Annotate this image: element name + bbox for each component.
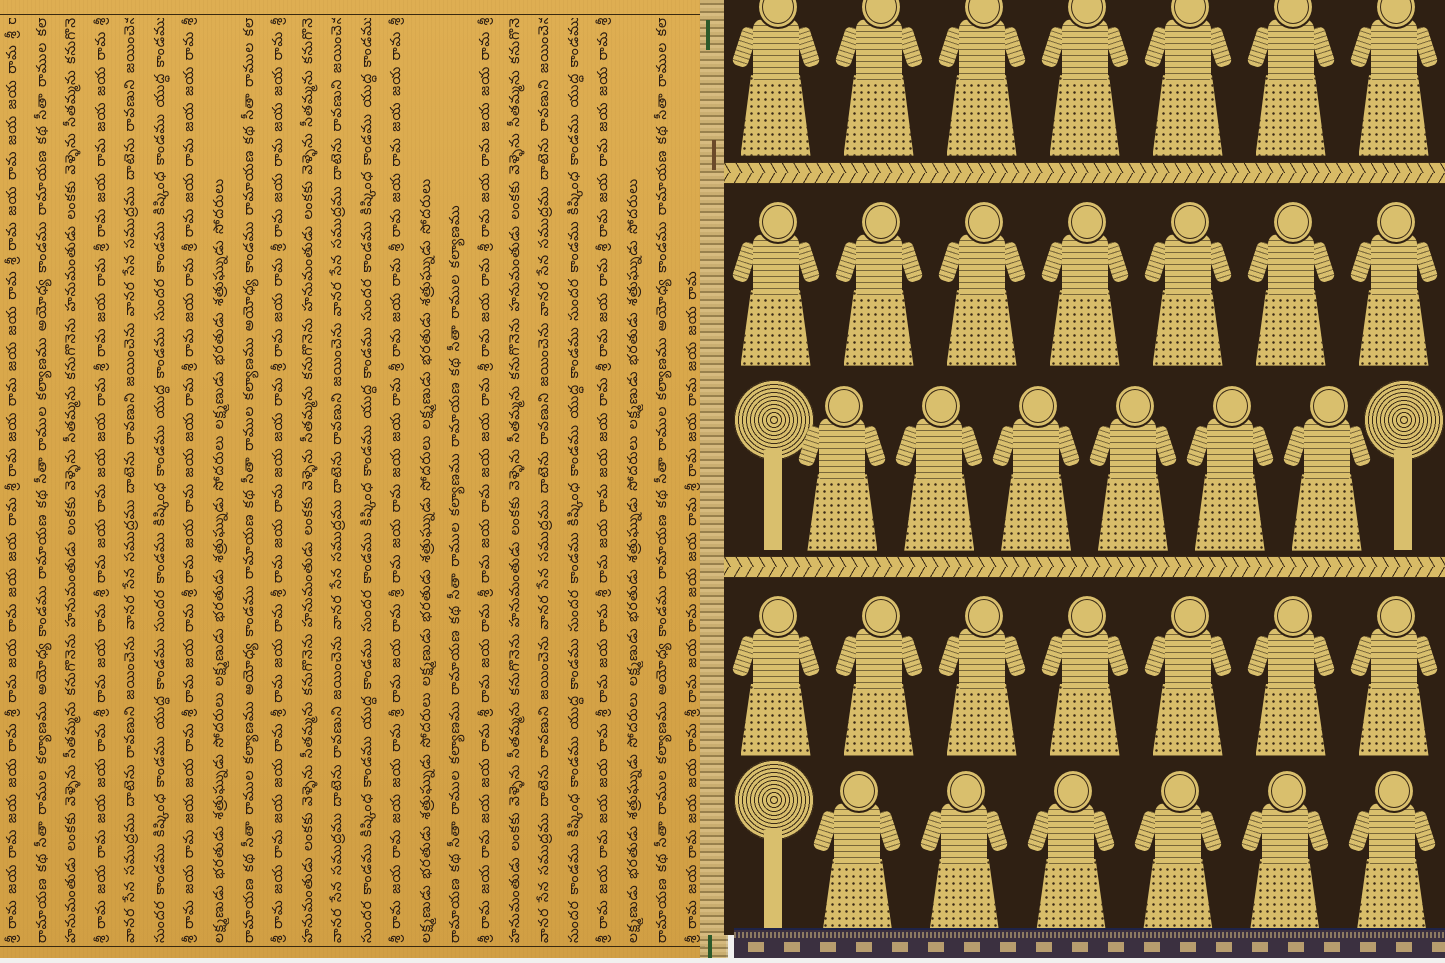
painted-figure [1094,384,1172,550]
pallu-bottom-line [0,946,705,947]
painted-figure [943,594,1021,750]
painted-figure [943,200,1021,364]
tassel [706,20,710,50]
painted-figure [818,769,896,930]
script-line: రామాయణ కథ సీతా రాముల కల్యాణము అయోధ్య కాం… [32,18,52,943]
pallu-top-line [0,14,700,15]
painted-figure [1252,594,1330,750]
script-line: రామాయణ కథ సీతా రాముల కల్యాణము అయోధ్య కాం… [652,18,672,943]
script-line: రామాయణ కథ సీతా రాముల కల్యాణము అయోధ్య కాం… [239,18,259,943]
painted-figure [1046,200,1124,364]
painted-figure [1032,769,1110,930]
figure-row-3 [724,370,1445,550]
painted-figure [1139,769,1217,930]
script-line: వానర సేన సముద్రము దాటెను రావణుని జయించెన… [120,18,140,943]
script-line: శ్రీ రామ జయ రామ జయ జయ రామ శ్రీ రామ జయ రా… [268,18,288,943]
figure-row-4 [724,580,1445,750]
script-line: హనుమంతుడు లంకకు వెళ్ళెను సీతమ్మను కనుగొన… [298,18,318,943]
painted-figure [1149,0,1227,160]
script-line: సుందర కాండము కిష్కింధ కాండము యుద్ధ కాండమ… [357,18,377,943]
tree-motif [734,380,814,550]
herringbone-band [724,162,1445,184]
script-line: రామాయణ కథ సీతా రాముల కల్యాణము రామాయణ కథ … [445,18,465,943]
painted-figure [997,384,1075,550]
tree-motif [1364,380,1444,550]
painted-figure [840,0,918,160]
painted-figure [1149,200,1227,364]
painted-figure [1355,0,1433,160]
painted-figure [1246,769,1324,930]
painted-figure [1353,769,1431,930]
script-line: శ్రీ రామ జయ రామ జయ జయ రామ శ్రీ రామ జయ రా… [386,18,406,943]
painted-figure [1046,0,1124,160]
painted-figure [1149,594,1227,750]
script-line: హనుమంతుడు లంకకు వెళ్ళెను సీతమ్మను కనుగొన… [505,18,525,943]
painted-figure [1288,384,1366,550]
script-pallu: శ్రీ రామ జయ రామ జయ జయ రామ శ్రీ రామ జయ రా… [0,0,726,963]
painted-figure [737,594,815,750]
backdrop [0,958,1445,963]
painted-figure [1355,594,1433,750]
script-line: శ్రీ రామ జయ రామ జయ జయ రామ శ్రీ రామ జయ రా… [2,18,22,943]
script-lines: శ్రీ రామ జయ రామ జయ జయ రామ శ్రీ రామ జయ రా… [2,18,702,943]
painted-figure [900,384,978,550]
painted-figure [803,384,881,550]
painted-figure [1191,384,1269,550]
painted-figure [737,200,815,364]
script-line: వానర సేన సముద్రము దాటెను రావణుని జయించెన… [534,18,554,943]
figurative-body [724,0,1445,935]
script-line: శ్రీ రామ జయ రామ జయ జయ రామ శ్రీ రామ జయ రా… [179,18,199,943]
script-line: సుందర కాండము కిష్కింధ కాండము యుద్ధ కాండమ… [150,18,170,943]
painted-figure [1355,200,1433,364]
script-line: సుందర కాండము కిష్కింధ కాండము యుద్ధ కాండమ… [564,18,584,943]
painted-figure [925,769,1003,930]
painted-figure [840,594,918,750]
tassel [712,140,716,170]
painted-figure [1252,200,1330,364]
figure-row-1 [724,0,1445,160]
script-line: లక్ష్మణుడు భరతుడు శత్రుఘ్నుడు సోదరులు లక… [209,18,229,943]
script-line: లక్ష్మణుడు భరతుడు శత్రుఘ్నుడు సోదరులు లక… [623,18,643,943]
script-line: శ్రీ రామ జయ రామ జయ జయ రామ శ్రీ రామ జయ రా… [593,18,613,943]
painted-figure [737,0,815,160]
script-line: శ్రీ రామ జయ రామ జయ జయ రామ శ్రీ రామ జయ రా… [91,18,111,943]
script-line: వానర సేన సముద్రము దాటెను రావణుని జయించెన… [327,18,347,943]
painted-figure [840,200,918,364]
figure-row-5 [724,755,1445,930]
script-line: శ్రీ రామ జయ రామ జయ జయ రామ శ్రీ రామ జయ రా… [475,18,495,943]
saree-photo: శ్రీ రామ జయ రామ జయ జయ రామ శ్రీ రామ జయ రా… [0,0,1445,963]
tree-motif [734,760,814,930]
figure-row-2 [724,186,1445,364]
script-line: హనుమంతుడు లంకకు వెళ్ళెను సీతమ్మను కనుగొన… [61,18,81,943]
script-line: శ్రీ రామ జయ రామ జయ జయ రామ శ్రీ రామ జయ రా… [682,18,702,943]
painted-figure [1252,0,1330,160]
painted-figure [1046,594,1124,750]
painted-figure [943,0,1021,160]
herringbone-band [724,556,1445,578]
script-line: లక్ష్మణుడు భరతుడు శత్రుఘ్నుడు సోదరులు లక… [416,18,436,943]
